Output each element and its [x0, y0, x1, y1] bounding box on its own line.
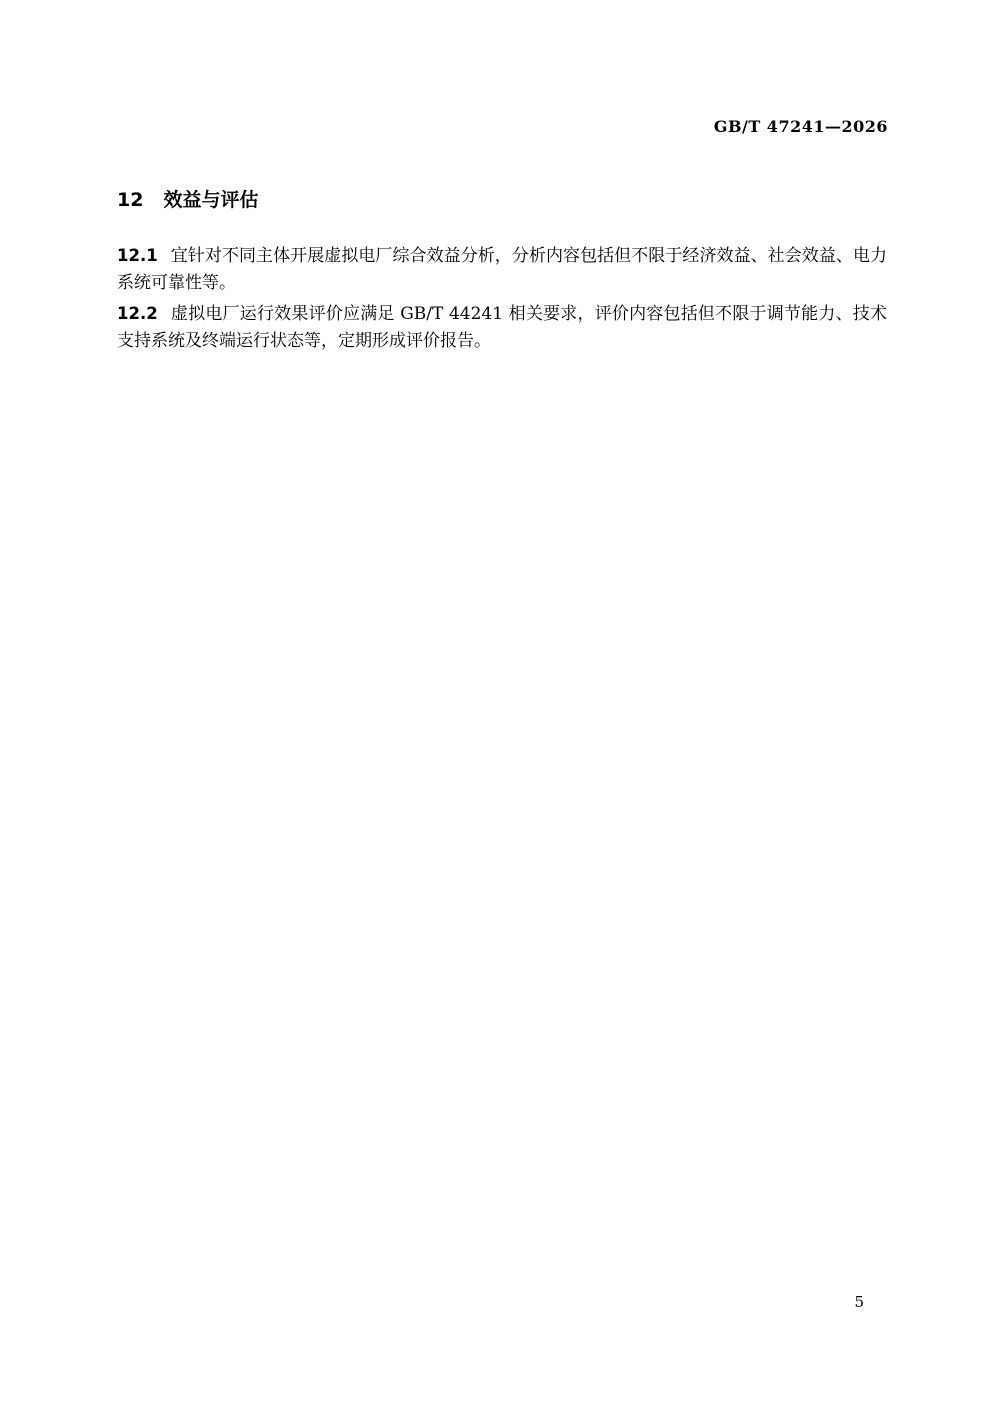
- clause-text: 虚拟电厂运行效果评价应满足 GB/T 44241 相关要求，评价内容包括但不限于…: [117, 304, 887, 351]
- document-page: GB/T 47241—2026 12 效益与评估 12.1宜针对不同主体开展虚拟…: [0, 0, 992, 1403]
- standard-code-header: GB/T 47241—2026: [714, 117, 888, 136]
- page-content: 12 效益与评估 12.1宜针对不同主体开展虚拟电厂综合效益分析，分析内容包括但…: [117, 190, 887, 358]
- section-number: 12: [117, 190, 143, 211]
- clause-number: 12.1: [117, 246, 158, 265]
- section-heading: 12 效益与评估: [117, 190, 887, 211]
- clause-12-1: 12.1宜针对不同主体开展虚拟电厂综合效益分析，分析内容包括但不限于经济效益、社…: [117, 242, 887, 297]
- clause-12-2: 12.2虚拟电厂运行效果评价应满足 GB/T 44241 相关要求，评价内容包括…: [117, 300, 887, 355]
- clause-number: 12.2: [117, 304, 158, 323]
- page-number: 5: [854, 1293, 864, 1311]
- section-title: 效益与评估: [163, 190, 258, 211]
- clause-text: 宜针对不同主体开展虚拟电厂综合效益分析，分析内容包括但不限于经济效益、社会效益、…: [117, 246, 887, 293]
